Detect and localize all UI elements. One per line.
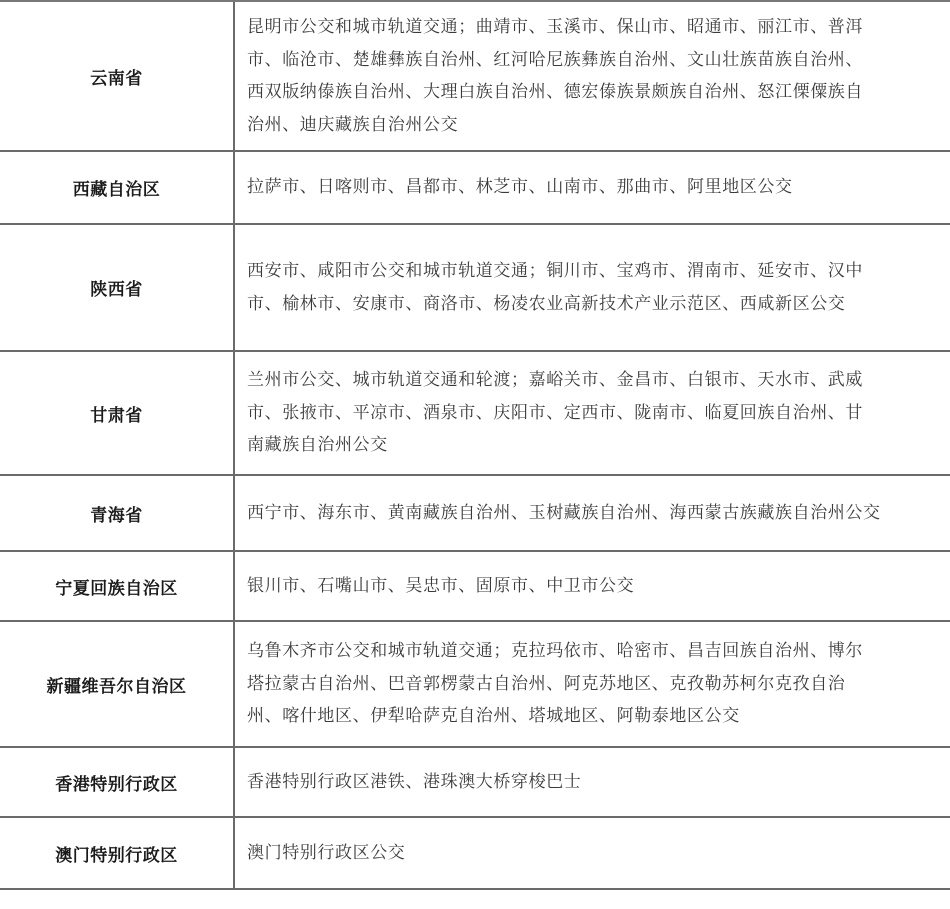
cities-text: 兰州市公交、城市轨道交通和轮渡；嘉峪关市、金昌市、白银市、天水市、武威市、张掖市…: [247, 364, 879, 462]
region-name: 西藏自治区: [73, 175, 161, 200]
table-row-macau: 澳门特别行政区 澳门特别行政区公交: [0, 818, 950, 890]
cities-cell: 澳门特别行政区公交: [235, 818, 950, 888]
table-row-gansu: 甘肃省 兰州市公交、城市轨道交通和轮渡；嘉峪关市、金昌市、白银市、天水市、武威市…: [0, 352, 950, 476]
cities-cell: 银川市、石嘴山市、吴忠市、固原市、中卫市公交: [235, 552, 950, 620]
cities-text: 昆明市公交和城市轨道交通；曲靖市、玉溪市、保山市、昭通市、丽江市、普洱市、临沧市…: [247, 11, 879, 141]
region-name: 甘肃省: [90, 401, 143, 426]
cities-cell: 西宁市、海东市、黄南藏族自治州、玉树藏族自治州、海西蒙古族藏族自治州公交: [235, 476, 950, 550]
table-row-shaanxi: 陕西省 西安市、咸阳市公交和城市轨道交通；铜川市、宝鸡市、渭南市、延安市、汉中市…: [0, 225, 950, 352]
region-name: 宁夏回族自治区: [55, 574, 178, 599]
region-name: 澳门特别行政区: [55, 841, 178, 866]
cities-text: 银川市、石嘴山市、吴忠市、固原市、中卫市公交: [247, 570, 634, 603]
cities-text: 西宁市、海东市、黄南藏族自治州、玉树藏族自治州、海西蒙古族藏族自治州公交: [247, 497, 881, 530]
region-name: 陕西省: [90, 275, 143, 300]
region-cell: 新疆维吾尔自治区: [0, 622, 235, 746]
table-row-ningxia: 宁夏回族自治区 银川市、石嘴山市、吴忠市、固原市、中卫市公交: [0, 552, 950, 622]
cities-text: 拉萨市、日喀则市、昌都市、林芝市、山南市、那曲市、阿里地区公交: [247, 171, 793, 204]
cities-cell: 香港特别行政区港铁、港珠澳大桥穿梭巴士: [235, 748, 950, 816]
region-cell: 西藏自治区: [0, 152, 235, 223]
cities-cell: 西安市、咸阳市公交和城市轨道交通；铜川市、宝鸡市、渭南市、延安市、汉中市、榆林市…: [235, 225, 950, 350]
table-row-hongkong: 香港特别行政区 香港特别行政区港铁、港珠澳大桥穿梭巴士: [0, 748, 950, 818]
cities-cell: 昆明市公交和城市轨道交通；曲靖市、玉溪市、保山市、昭通市、丽江市、普洱市、临沧市…: [235, 2, 950, 150]
cities-text: 香港特别行政区港铁、港珠澳大桥穿梭巴士: [247, 766, 581, 799]
table-row-qinghai: 青海省 西宁市、海东市、黄南藏族自治州、玉树藏族自治州、海西蒙古族藏族自治州公交: [0, 476, 950, 552]
cities-cell: 拉萨市、日喀则市、昌都市、林芝市、山南市、那曲市、阿里地区公交: [235, 152, 950, 223]
region-cell: 香港特别行政区: [0, 748, 235, 816]
transit-coverage-table: 云南省 昆明市公交和城市轨道交通；曲靖市、玉溪市、保山市、昭通市、丽江市、普洱市…: [0, 0, 950, 890]
cities-cell: 兰州市公交、城市轨道交通和轮渡；嘉峪关市、金昌市、白银市、天水市、武威市、张掖市…: [235, 352, 950, 474]
cities-text: 乌鲁木齐市公交和城市轨道交通；克拉玛依市、哈密市、昌吉回族自治州、博尔塔拉蒙古自…: [247, 635, 879, 733]
table-row-tibet: 西藏自治区 拉萨市、日喀则市、昌都市、林芝市、山南市、那曲市、阿里地区公交: [0, 152, 950, 225]
region-cell: 宁夏回族自治区: [0, 552, 235, 620]
region-name: 新疆维吾尔自治区: [47, 672, 187, 697]
cities-cell: 乌鲁木齐市公交和城市轨道交通；克拉玛依市、哈密市、昌吉回族自治州、博尔塔拉蒙古自…: [235, 622, 950, 746]
region-cell: 澳门特别行政区: [0, 818, 235, 888]
region-name: 香港特别行政区: [55, 770, 178, 795]
region-cell: 云南省: [0, 2, 235, 150]
region-cell: 青海省: [0, 476, 235, 550]
table-row-yunnan: 云南省 昆明市公交和城市轨道交通；曲靖市、玉溪市、保山市、昭通市、丽江市、普洱市…: [0, 2, 950, 152]
region-cell: 陕西省: [0, 225, 235, 350]
cities-text: 澳门特别行政区公交: [247, 837, 405, 870]
cities-text: 西安市、咸阳市公交和城市轨道交通；铜川市、宝鸡市、渭南市、延安市、汉中市、榆林市…: [247, 255, 879, 320]
region-name: 云南省: [90, 64, 143, 89]
region-cell: 甘肃省: [0, 352, 235, 474]
region-name: 青海省: [90, 501, 143, 526]
table-row-xinjiang: 新疆维吾尔自治区 乌鲁木齐市公交和城市轨道交通；克拉玛依市、哈密市、昌吉回族自治…: [0, 622, 950, 748]
